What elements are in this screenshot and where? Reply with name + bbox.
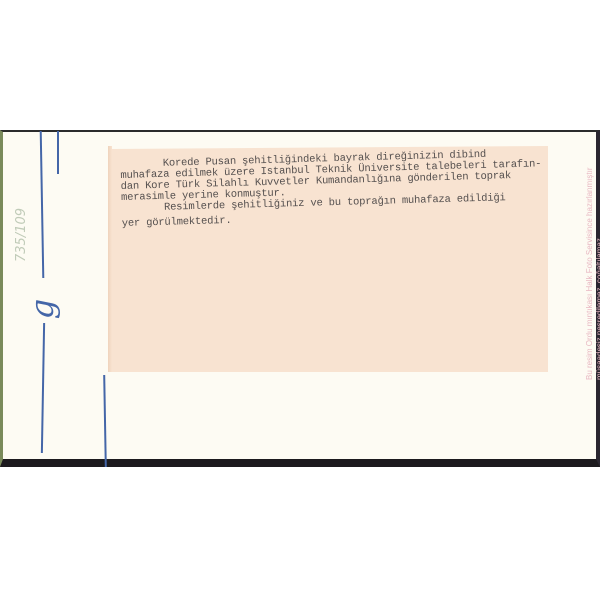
stamp-line-1: Bu resim Ordu mıntıkası Halk Foto Servis… (585, 167, 595, 380)
typewritten-caption: Korede Pusan şehitliğindeki bayrak direğ… (120, 149, 532, 230)
stamp-line-2: müsaadesiz neşredilemez, çoğaltılamaz (595, 167, 600, 380)
photo-service-stamp: Bu resim Ordu mıntıkası Halk Foto Servis… (585, 167, 600, 380)
clipping-torn-edge (108, 146, 112, 372)
handwritten-catalog-number: 735/109 (14, 208, 29, 262)
handwritten-initial: g (23, 299, 61, 319)
pen-line-top-right (57, 131, 59, 174)
